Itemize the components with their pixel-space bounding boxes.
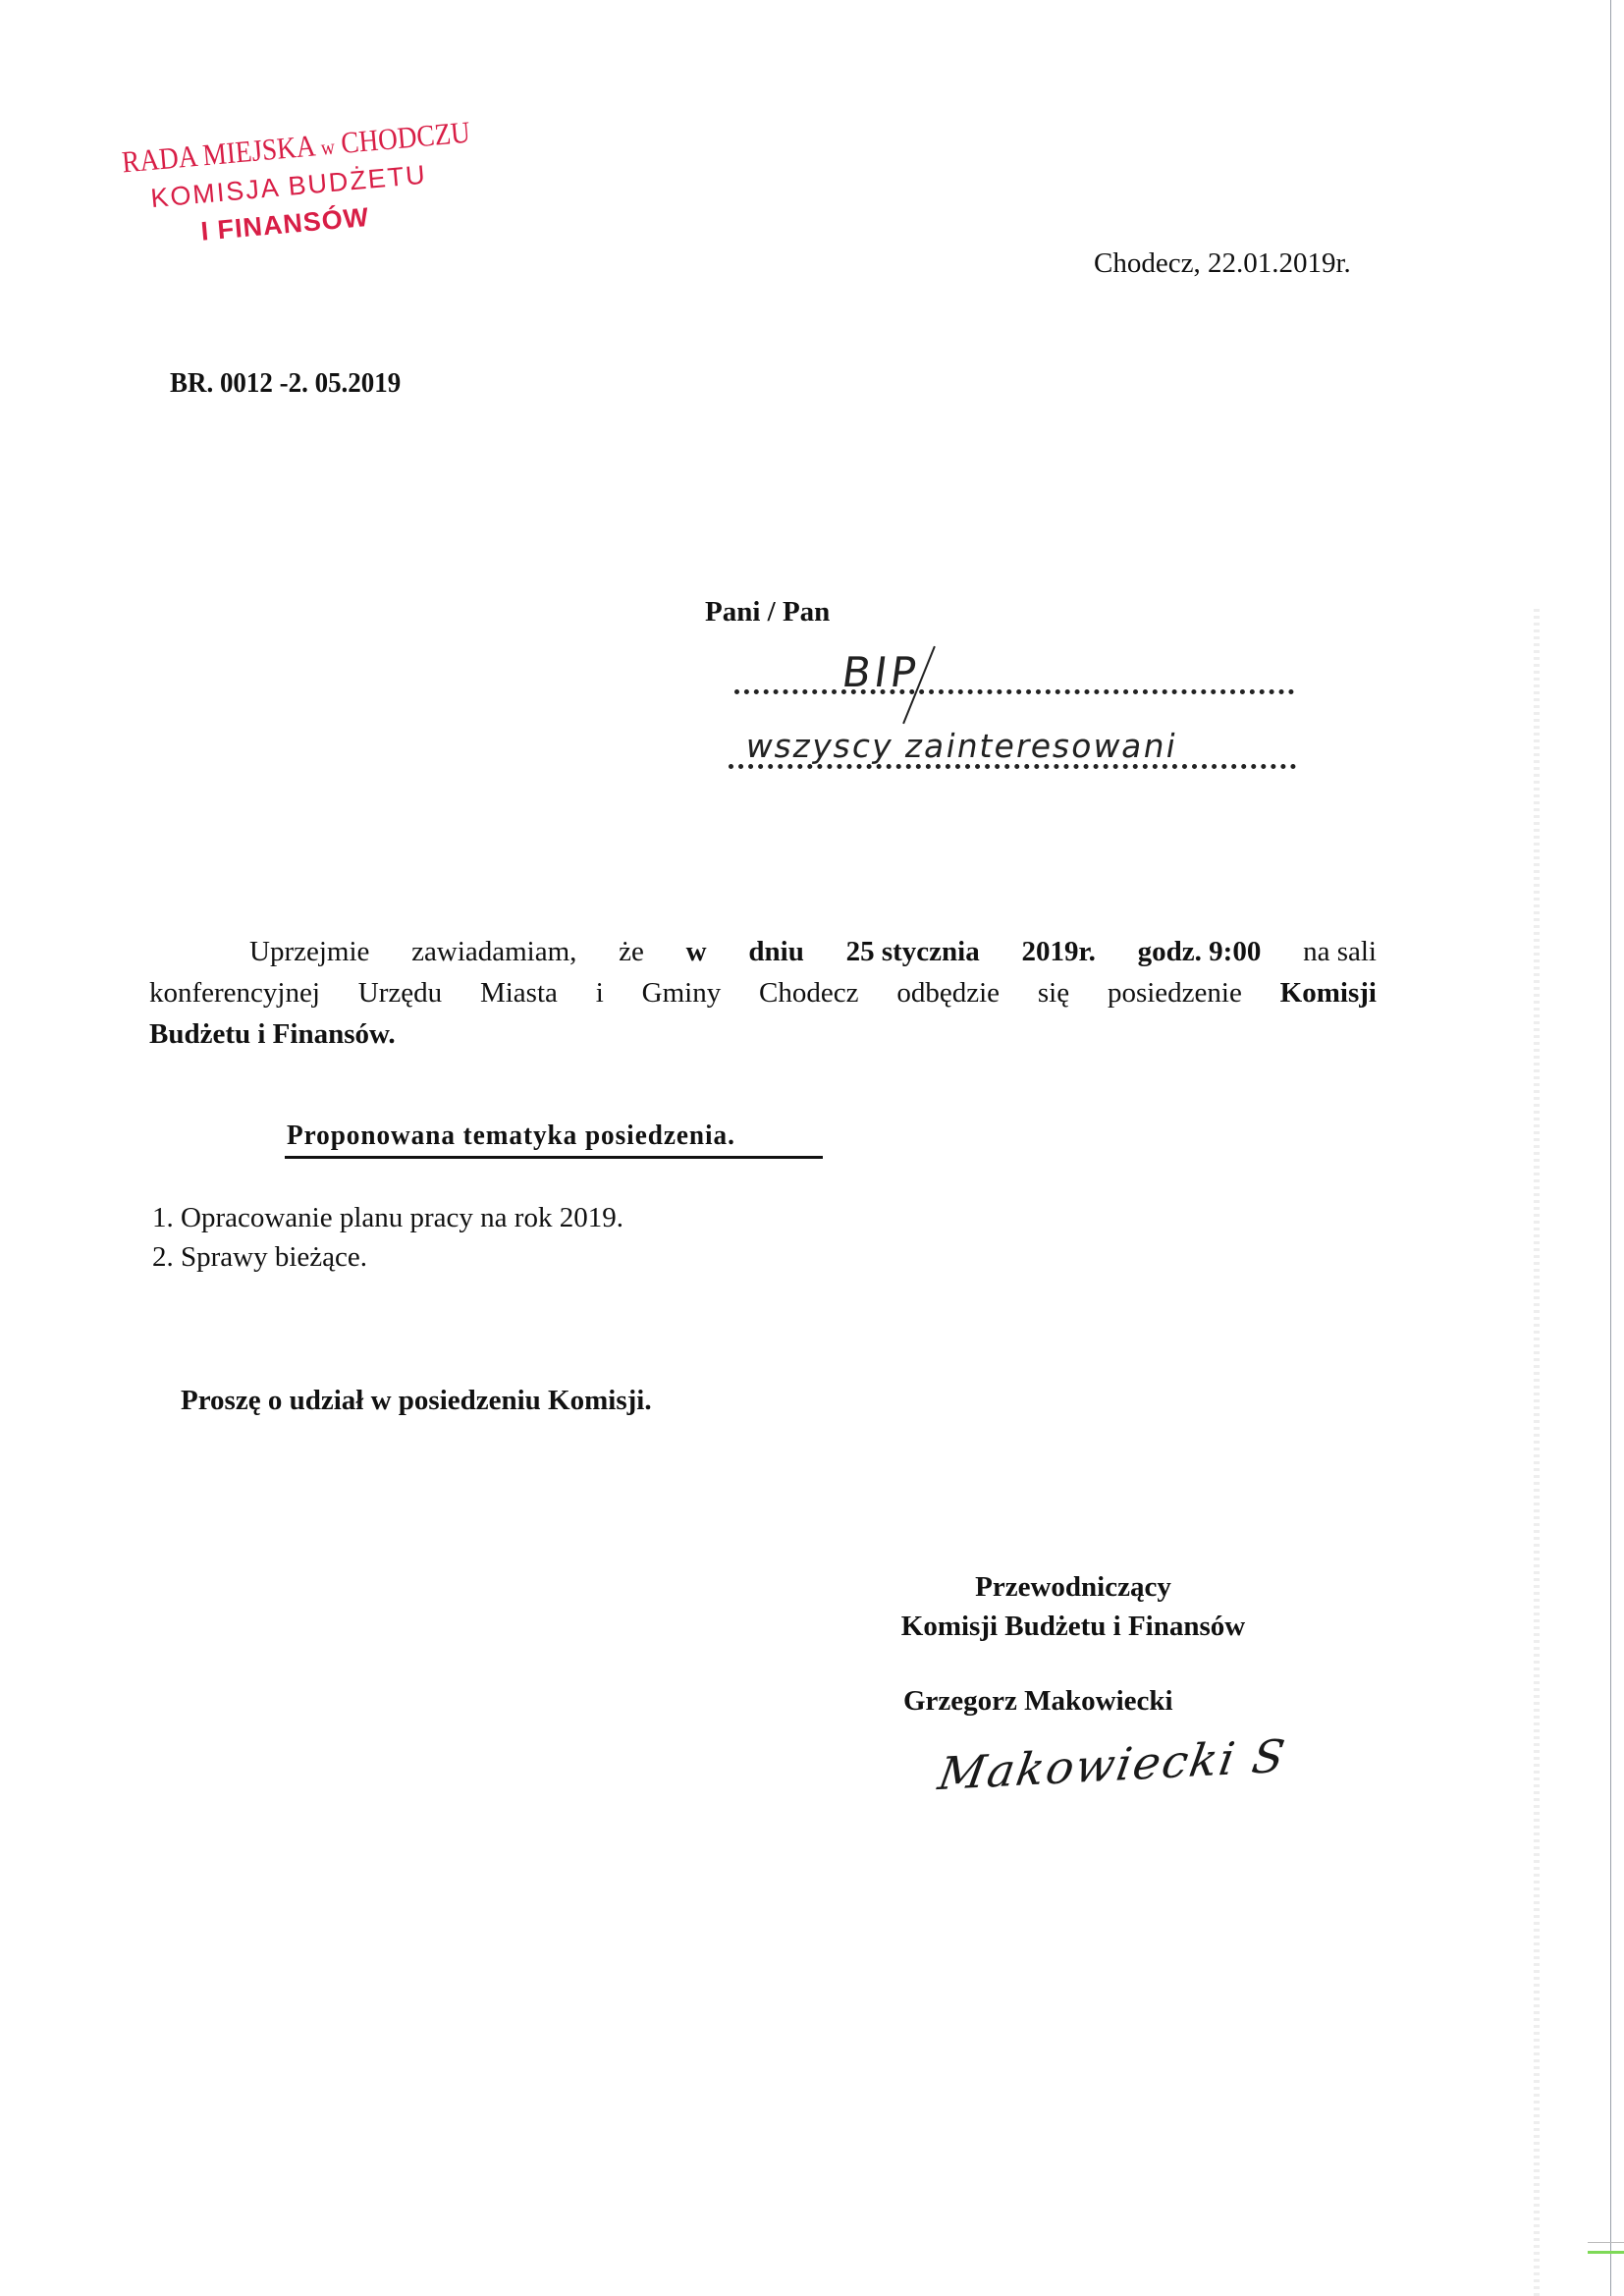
paragraph-line-1: Uprzejmiezawiadamiam,żewdniu25 stycznia2…: [149, 931, 1377, 972]
agenda-item: 2. Sprawy bieżące.: [152, 1237, 623, 1277]
signatory-role: Przewodniczący: [850, 1567, 1296, 1607]
closing-request: Proszę o udział w posiedzeniu Komisji.: [181, 1385, 652, 1417]
addressee-label: Pani / Pan: [705, 596, 830, 629]
agenda-list: 1. Opracowanie planu pracy na rok 2019. …: [152, 1198, 623, 1277]
agenda-title-underline: [285, 1156, 823, 1159]
handwritten-addressee-2: wszyscy zainteresowani: [743, 727, 1181, 765]
addressee-dotted-line-1: [734, 689, 1294, 694]
paragraph-word: na sali: [1303, 931, 1377, 972]
stamp-text-end: CHODCZU: [333, 115, 471, 161]
handwritten-addressee-1: BIP: [839, 648, 923, 696]
agenda-title: Proponowana tematyka posiedzenia.: [287, 1120, 735, 1152]
paragraph-word: konferencyjnej: [149, 972, 320, 1013]
signature-title-block: Przewodniczący Komisji Budżetu i Finansó…: [864, 1567, 1296, 1646]
paragraph-word: zawiadamiam,: [411, 931, 576, 972]
paragraph-word: Urzędu: [358, 972, 442, 1013]
paragraph-word: 25 stycznia: [846, 931, 980, 972]
scan-mark-gray: [1588, 2242, 1624, 2243]
notice-paragraph: Uprzejmiezawiadamiam,żewdniu25 stycznia2…: [149, 931, 1377, 1055]
paragraph-word: się: [1038, 972, 1069, 1013]
signatory-committee: Komisji Budżetu i Finansów: [850, 1607, 1296, 1646]
paragraph-word: dniu: [748, 931, 803, 972]
paragraph-word: 2019r.: [1021, 931, 1095, 972]
paragraph-word: w: [686, 931, 707, 972]
paragraph-word: posiedzenie: [1108, 972, 1242, 1013]
paragraph-word: godz. 9:00: [1138, 931, 1262, 972]
stamp-committee-name-cont: I FINANSÓW: [199, 202, 370, 247]
scan-page-edge: [1610, 0, 1611, 2296]
paragraph-word: że: [619, 931, 644, 972]
paragraph-word: Miasta: [480, 972, 558, 1013]
paragraph-line-3: Budżetu i Finansów.: [149, 1013, 1377, 1055]
handwritten-signature: Makowiecki S: [935, 1729, 1290, 1800]
paragraph-word: Gminy: [642, 972, 722, 1013]
paragraph-word: Chodecz: [759, 972, 858, 1013]
scan-mark-green: [1588, 2251, 1624, 2254]
paragraph-word: Uprzejmie: [249, 931, 369, 972]
paragraph-word: odbędzie: [896, 972, 1000, 1013]
committee-name-bold: Budżetu i Finansów.: [149, 1013, 396, 1055]
place-and-date: Chodecz, 22.01.2019r.: [1094, 247, 1351, 280]
paragraph-word: i: [596, 972, 604, 1013]
scan-noise-strip: [1534, 609, 1540, 2296]
signatory-name: Grzegorz Makowiecki: [903, 1685, 1173, 1718]
paragraph-word: Komisji: [1280, 972, 1377, 1013]
reference-number: BR. 0012 -2. 05.2019: [170, 367, 401, 400]
paragraph-line-2: konferencyjnejUrzęduMiastaiGminyChodeczo…: [149, 972, 1377, 1013]
agenda-item: 1. Opracowanie planu pracy na rok 2019.: [152, 1198, 623, 1237]
official-stamp: RADA MIEJSKA w CHODCZU KOMISJA BUDŻETU I…: [116, 103, 518, 264]
